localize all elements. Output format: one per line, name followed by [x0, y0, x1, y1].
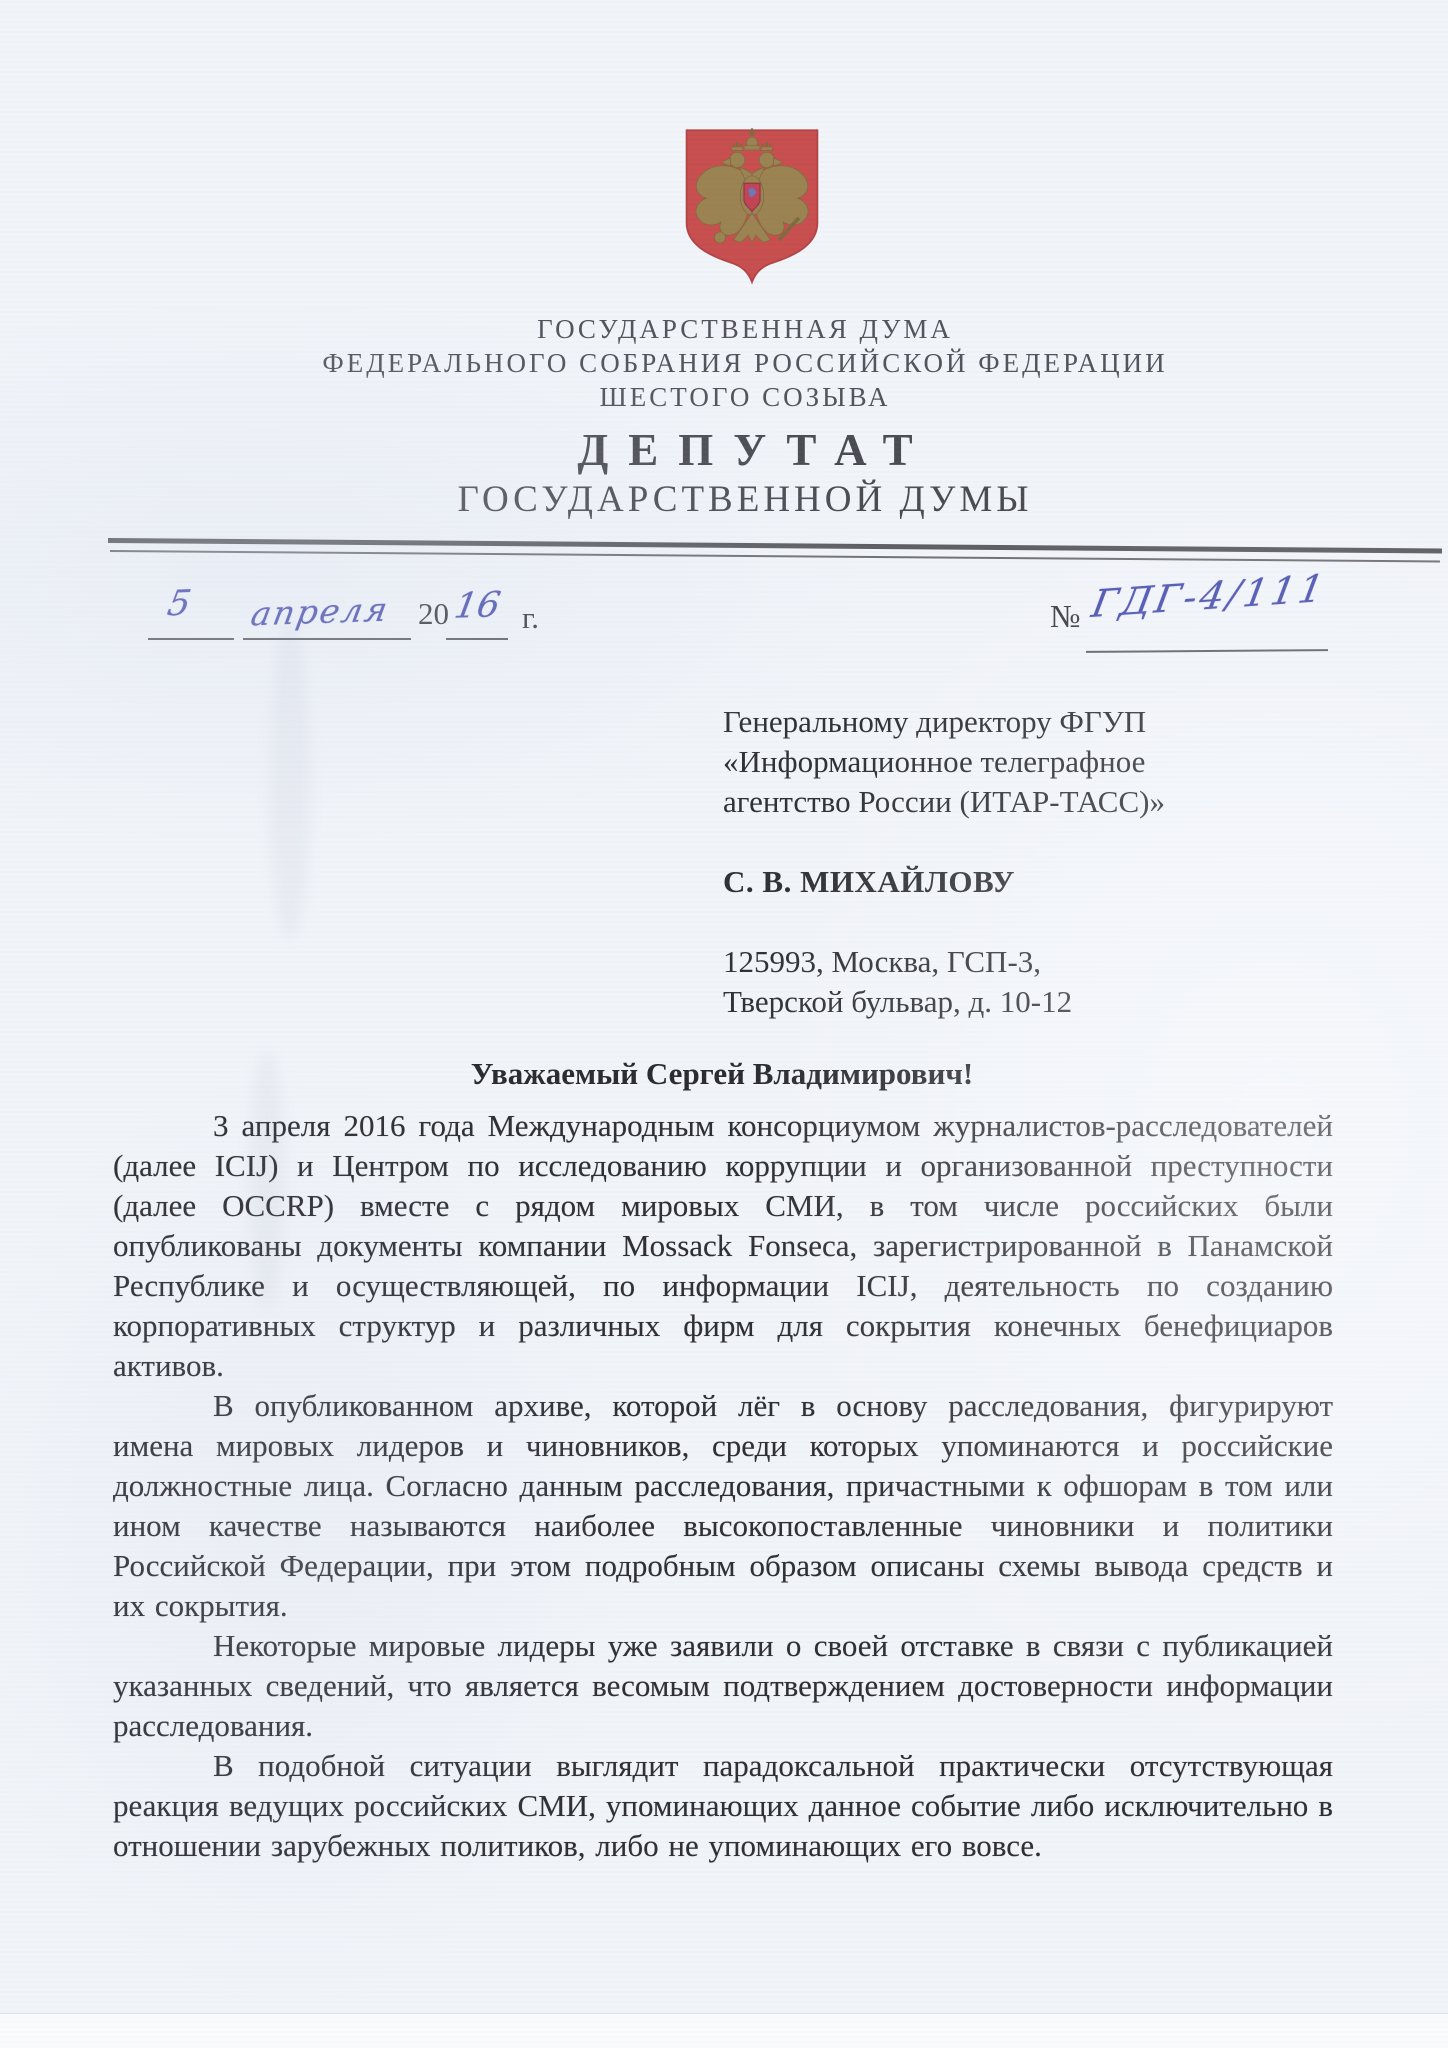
scanner-edge-strip [0, 2013, 1448, 2048]
date-year-underline [446, 638, 508, 640]
body-paragraph: Некоторые мировые лидеры уже заявили о с… [113, 1626, 1333, 1746]
letter-body: 3 апреля 2016 года Международным консорц… [113, 1106, 1333, 1866]
date-year-suffix: г. [522, 600, 539, 636]
body-paragraph: В опубликованном архиве, которой лёг в о… [113, 1386, 1333, 1626]
scan-smudge [270, 620, 310, 940]
letter-page: ГОСУДАРСТВЕННАЯ ДУМА ФЕДЕРАЛЬНОГО СОБРАН… [0, 0, 1448, 2048]
date-day-handwritten: 5 [164, 584, 194, 625]
recipient-name: С. В. МИХАЙЛОВУ [723, 862, 1165, 902]
recipient-address-line: Тверской бульвар, д. 10-12 [723, 982, 1165, 1022]
body-paragraph: 3 апреля 2016 года Международным консорц… [113, 1106, 1333, 1386]
letterhead-org-line-3: ШЕСТОГО СОЗЫВА [42, 382, 1448, 413]
number-underline [1086, 649, 1328, 653]
salutation: Уважаемый Сергей Владимирович! [113, 1056, 1331, 1092]
letterhead-org-line-2: ФЕДЕРАЛЬНОГО СОБРАНИЯ РОССИЙСКОЙ ФЕДЕРАЦ… [42, 348, 1448, 379]
letterhead-org-line-1: ГОСУДАРСТВЕННАЯ ДУМА [42, 314, 1448, 345]
date-day-underline [148, 638, 234, 640]
number-sign: № [1050, 598, 1081, 635]
deputy-title-line: ДЕПУТАТ [42, 424, 1448, 476]
date-year-prefix: 20 [418, 596, 449, 632]
recipient-address-line: 125993, Москва, ГСП-3, [723, 942, 1165, 982]
date-month-handwritten: апреля [248, 590, 392, 634]
recipient-line: Генеральному директору ФГУП [723, 702, 1165, 742]
russia-coat-of-arms-icon [678, 124, 826, 287]
date-month-underline [243, 638, 411, 640]
deputy-subtitle-line: ГОСУДАРСТВЕННОЙ ДУМЫ [42, 478, 1448, 521]
recipient-line: агентство России (ИТАР-ТАСС)» [723, 782, 1165, 822]
date-year-handwritten: 16 [451, 585, 503, 627]
number-handwritten: ГДГ-4/111 [1088, 566, 1330, 626]
recipient-block: Генеральному директору ФГУП «Информацион… [723, 702, 1165, 1022]
recipient-line: «Информационное телеграфное [723, 742, 1165, 782]
body-paragraph: В подобной ситуации выглядит парадоксаль… [113, 1746, 1333, 1866]
